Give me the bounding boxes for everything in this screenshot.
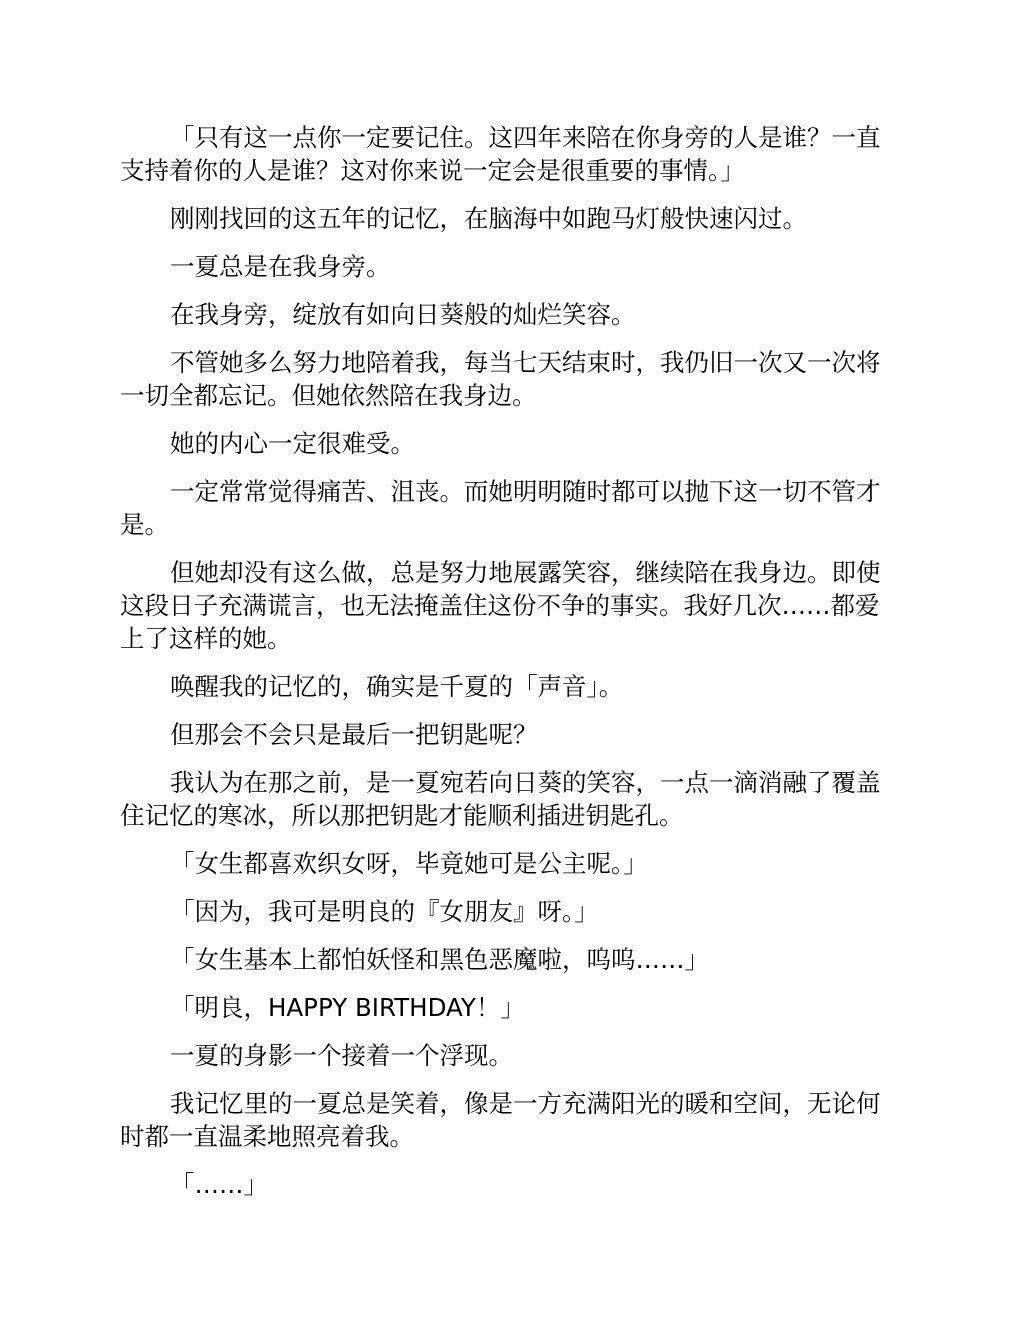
paragraph: 但那会不会只是最后一把钥匙呢？ bbox=[120, 718, 898, 751]
paragraph: 一定常常觉得痛苦、沮丧。而她明明随时都可以抛下这一切不管才是。 bbox=[120, 475, 898, 541]
paragraph: 我认为在那之前，是一夏宛若向日葵的笑容，一点一滴消融了覆盖住记忆的寒冰，所以那把… bbox=[120, 766, 898, 832]
paragraph: 但她却没有这么做，总是努力地展露笑容，继续陪在我身边。即使这段日子充满谎言，也无… bbox=[120, 556, 898, 655]
paragraph: 在我身旁，绽放有如向日葵般的灿烂笑容。 bbox=[120, 298, 898, 331]
paragraph: 不管她多么努力地陪着我，每当七天结束时，我仍旧一次又一次将一切全都忘记。但她依然… bbox=[120, 346, 898, 412]
paragraph-dialog: 「明良，HAPPY BIRTHDAY！」 bbox=[120, 991, 898, 1024]
paragraph: 一夏总是在我身旁。 bbox=[120, 250, 898, 283]
document-page: 「只有这一点你一定要记住。这四年来陪在你身旁的人是谁？一直支持着你的人是谁？这对… bbox=[120, 121, 898, 1216]
paragraph: 她的内心一定很难受。 bbox=[120, 427, 898, 460]
paragraph-dialog: 「女生基本上都怕妖怪和黑色恶魔啦，呜呜……」 bbox=[120, 943, 898, 976]
paragraph-dialog: 「只有这一点你一定要记住。这四年来陪在你身旁的人是谁？一直支持着你的人是谁？这对… bbox=[120, 121, 898, 187]
paragraph: 唤醒我的记忆的，确实是千夏的「声音」。 bbox=[120, 670, 898, 703]
paragraph: 一夏的身影一个接着一个浮现。 bbox=[120, 1039, 898, 1072]
paragraph-dialog: 「因为，我可是明良的『女朋友』呀。」 bbox=[120, 895, 898, 928]
paragraph: 我记忆里的一夏总是笑着，像是一方充满阳光的暖和空间，无论何时都一直温柔地照亮着我… bbox=[120, 1087, 898, 1153]
paragraph: 刚刚找回的这五年的记忆，在脑海中如跑马灯般快速闪过。 bbox=[120, 202, 898, 235]
paragraph-dialog: 「……」 bbox=[120, 1168, 898, 1201]
paragraph-dialog: 「女生都喜欢织女呀，毕竟她可是公主呢。」 bbox=[120, 847, 898, 880]
